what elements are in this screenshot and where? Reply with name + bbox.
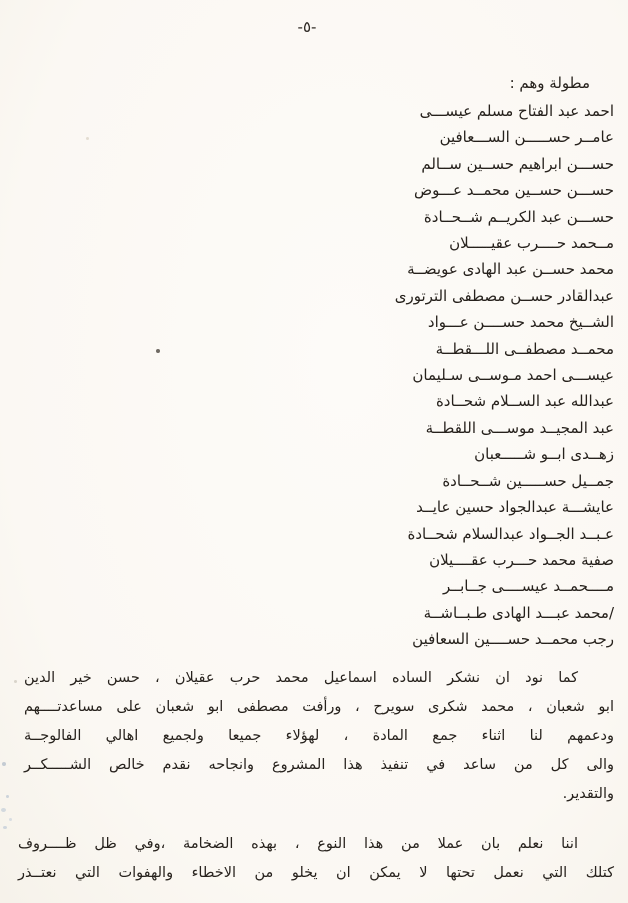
list-item: عيســـى احمد مـوســى سـليمان [14, 362, 614, 388]
paragraph-line: والتقدير. [24, 780, 614, 809]
scan-speck [1, 808, 6, 812]
scan-speck [9, 818, 12, 821]
list-item: رجب محمــد حســــين السعافين [14, 626, 614, 652]
list-item: احمد عبد الفتاح مسلم عيســـى [14, 98, 614, 124]
paragraph-line: كتلك التي نعمل تحتها لا يمكن ان يخلو من … [18, 859, 614, 888]
list-item: محمد حســن عبد الهادى عويضــة [14, 256, 614, 282]
paragraph-line: ابو شعبان ، محمد شكرى سويرح ، ورأفت مصطف… [24, 693, 614, 722]
list-item: جمــيل حســـــين شــحــادة [14, 468, 614, 494]
acknowledgement-paragraph: كما نود ان نشكر الساده اسماعيل محمد حرب … [14, 664, 614, 809]
list-item: عامــر حســـــن الســـعافين [14, 124, 614, 150]
list-item: /محمد عبـــد الهادى طـبــاشــة [14, 600, 614, 626]
list-item: عـبــد الجــواد عبدالسلام شحــادة [14, 521, 614, 547]
list-item: زهــدى ابــو شـــــعبان [14, 441, 614, 467]
scan-speck [3, 826, 7, 829]
list-item: مــحمد حــــرب عقيـــــلان [14, 230, 614, 256]
apology-paragraph: اننا نعلم بان عملا من هذا النوع ، بهذه ا… [14, 830, 614, 888]
names-list: احمد عبد الفتاح مسلم عيســـى عامــر حســ… [14, 98, 614, 653]
page-number: -٥- [0, 18, 614, 36]
paragraph-line: كما نود ان نشكر الساده اسماعيل محمد حرب … [24, 664, 614, 693]
list-item: مــــحمــد عيســــى جــابــر [14, 573, 614, 599]
scan-speck [2, 762, 6, 766]
list-item: محمــد مصطفــى اللـــقطــة [14, 336, 614, 362]
paragraph-line: اننا نعلم بان عملا من هذا النوع ، بهذه ا… [18, 830, 614, 859]
paragraph-line: والى كل من ساعد في تنفيذ هذا المشروع وان… [24, 751, 614, 780]
scanned-document-page: -٥- مطولة وهم : احمد عبد الفتاح مسلم عيس… [0, 0, 628, 903]
list-item: عبدالقادر حســن مصطفى الترتورى [14, 283, 614, 309]
paragraph-line: ودعمهم لنا اثناء جمع المادة ، لهؤلاء جمي… [24, 722, 614, 751]
list-item: عايشـــة عبدالجواد حسين عايــد [14, 494, 614, 520]
list-item: حســـن عبد الكريــم شــحــادة [14, 204, 614, 230]
list-item: حســـن حســين محمــد عـــوض [14, 177, 614, 203]
scan-speck [6, 795, 9, 798]
intro-line: مطولة وهم : [14, 70, 590, 96]
list-item: صفية محمد حـــرب عقــــيلان [14, 547, 614, 573]
list-item: الشــيخ محمد حســــن عـــواد [14, 309, 614, 335]
list-item: عبد المجيــد موســـى اللقطــة [14, 415, 614, 441]
list-item: حســـن ابراهيم حســين ســالم [14, 151, 614, 177]
document-content: مطولة وهم : احمد عبد الفتاح مسلم عيســـى… [14, 70, 614, 888]
list-item: عبدالله عبد الســلام شحــادة [14, 388, 614, 414]
